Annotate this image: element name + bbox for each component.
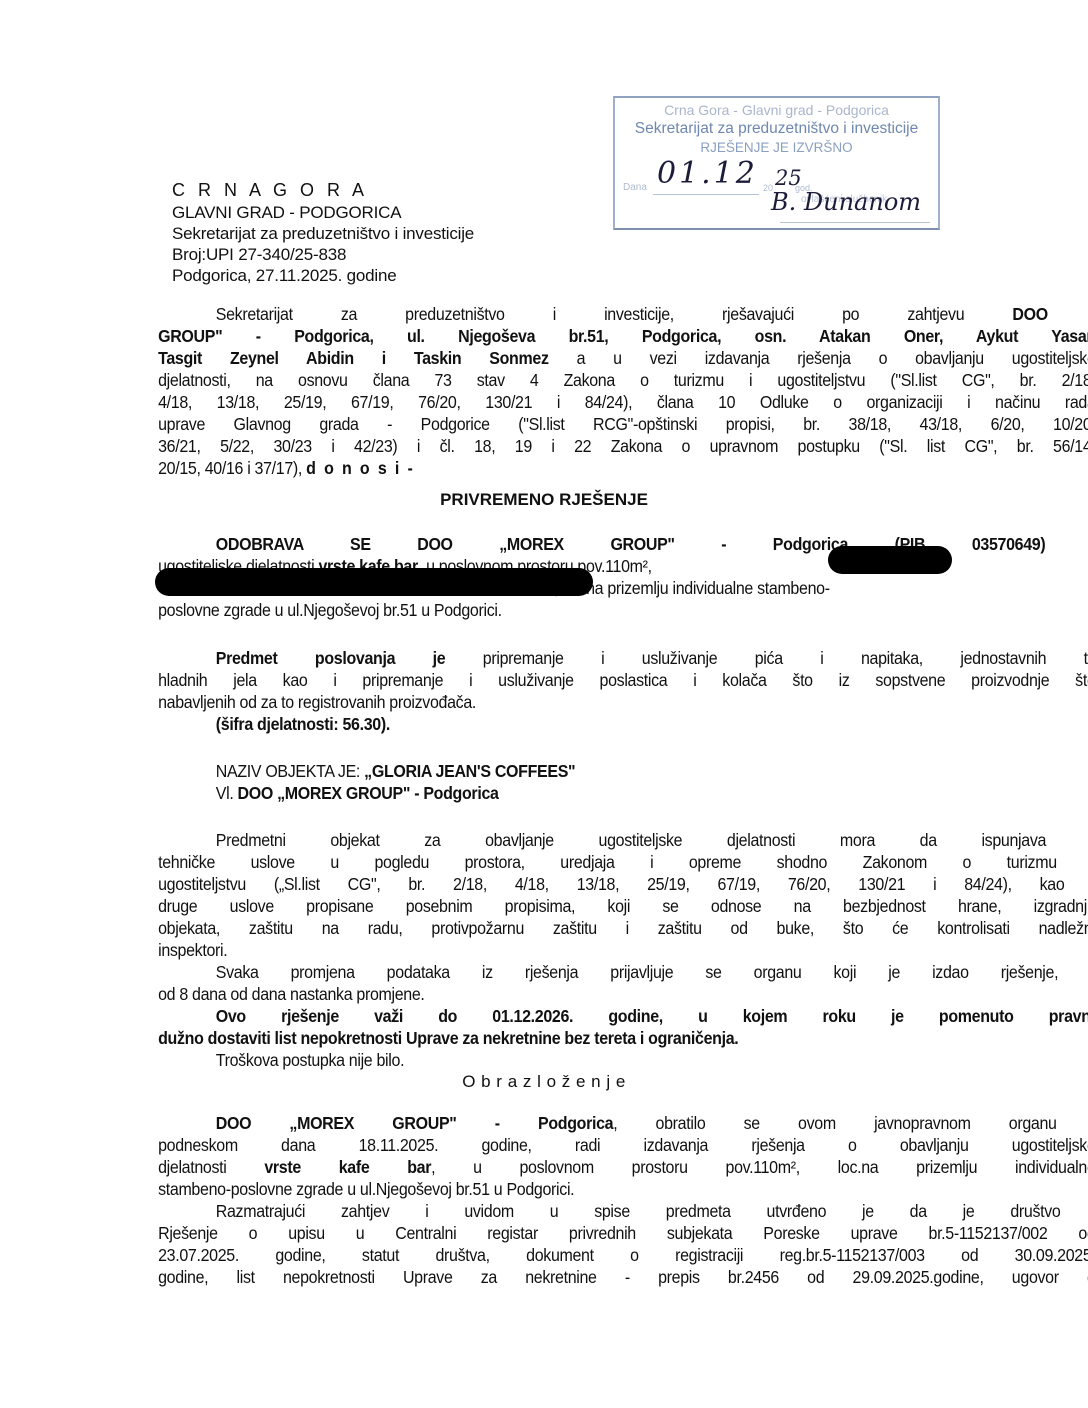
conditions-line: inspektori. <box>158 939 1088 962</box>
intro-line: 4/18, 13/18, 25/19, 67/19, 76/20, 130/21… <box>158 391 1088 414</box>
change-notice-line: Svaka promjena podataka iz rješenja prij… <box>216 961 1088 984</box>
conditions-line: druge uslove propisane posebnim propisim… <box>158 895 1088 918</box>
reasoning-line: DOO „MOREX GROUP" - Podgorica, obratilo … <box>216 1112 1088 1135</box>
activity-code: (šifra djelatnosti: 56.30). <box>216 713 1088 736</box>
conditions-line: Predmetni objekat za obavljanje ugostite… <box>216 829 1088 852</box>
subject-line: Predmet poslovanja je pripremanje i uslu… <box>216 647 1088 670</box>
stamp-date-label: Dana <box>623 182 647 193</box>
reasoning-line: djelatnosti vrste kafe bar, u poslovnom … <box>158 1156 1088 1179</box>
reasoning-line: Razmatrajući zahtjev i uvidom u spise pr… <box>216 1200 1088 1223</box>
intro-line: Sekretarijat za preduzetništvo i investi… <box>216 303 1088 326</box>
object-name: NAZIV OBJEKTA JE: „GLORIA JEAN'S COFFEES… <box>216 760 1088 783</box>
conditions-line: objekata, zaštitu na radu, protivpožarnu… <box>158 917 1088 940</box>
intro-line: uprave Glavnog grada - Podgorice ("Sl.li… <box>158 413 1088 436</box>
subject-line: hladnih jela kao i pripremanje i usluživ… <box>158 669 1088 692</box>
header-place-date: Podgorica, 27.11.2025. godine <box>172 265 397 287</box>
stamp-signature-underline <box>780 222 930 223</box>
reasoning-line: stambeno-poslovne zgrade u ul.Njegoševoj… <box>158 1178 1088 1201</box>
header-city: GLAVNI GRAD - PODGORICA <box>172 202 401 224</box>
stamp-date-underline <box>653 194 759 195</box>
decision-line: poslovne zgrade u ul.Njegoševoj br.51 u … <box>158 599 1088 622</box>
intro-line: djelatnosti, na osnovu člana 73 stav 4 Z… <box>158 369 1088 392</box>
stamp-line-2: Sekretarijat za preduzetništvo i investi… <box>615 120 938 138</box>
decision-line: ODOBRAVA SE DOO „MOREX GROUP" - Podgoric… <box>216 533 1088 556</box>
reasoning-title: O b r a z l o ž e n j e <box>0 1072 1088 1092</box>
intro-line: 20/15, 40/16 i 37/17), d o n o s i - <box>158 457 1088 480</box>
decision-line: , loc.na prizemlju individualne stambeno… <box>554 577 1088 600</box>
conditions-line: tehničke uslove u pogledu prostora, ured… <box>158 851 1088 874</box>
stamp-line-3: RJEŠENJE JE IZVRŠNO <box>615 140 938 155</box>
intro-line: 36/21, 5/22, 30/23 i 42/23) i čl. 18, 19… <box>158 435 1088 458</box>
change-notice-line: od 8 dana od dana nastanka promjene. <box>158 983 1088 1006</box>
reasoning-line: godine, list nepokretnosti Uprave za nek… <box>158 1266 1088 1289</box>
redaction-block <box>828 546 952 574</box>
stamp-date-handwritten: 01.12 <box>657 156 758 191</box>
object-owner: Vl. DOO „MOREX GROUP" - Podgorica <box>216 782 1088 805</box>
header-reference-number: Broj:UPI 27-340/25-838 <box>172 244 346 266</box>
reasoning-line: 23.07.2025. godine, statut društva, doku… <box>158 1244 1088 1267</box>
header-office: Sekretarijat za preduzetništvo i investi… <box>172 223 474 245</box>
validity-line: dužno dostaviti list nepokretnosti Uprav… <box>158 1027 1088 1050</box>
redaction-block <box>155 568 593 596</box>
costs-line: Troškova postupka nije bilo. <box>216 1049 1088 1072</box>
reasoning-line: podneskom dana 18.11.2025. godine, radi … <box>158 1134 1088 1157</box>
stamp-signature: B. Dunanom <box>771 188 921 216</box>
enforceability-stamp: Crna Gora - Glavni grad - Podgorica Sekr… <box>613 96 940 230</box>
reasoning-line: Rješenje o upisu u Centralni registar pr… <box>158 1222 1088 1245</box>
subject-line: nabavljenih od za to registrovanih proiz… <box>158 691 1088 714</box>
intro-line: Tasgit Zeynel Abidin i Taskin Sonmez a u… <box>158 347 1088 370</box>
conditions-line: ugostiteljstvu („Sl.list CG", br. 2/18, … <box>158 873 1088 896</box>
decision-title: PRIVREMENO RJEŠENJE <box>0 490 1088 510</box>
validity-line: Ovo rješenje važi do 01.12.2026. godine,… <box>216 1005 1088 1028</box>
header-country: C R N A G O R A <box>172 180 368 202</box>
intro-line: GROUP" - Podgorica, ul. Njegoševa br.51,… <box>158 325 1088 348</box>
stamp-line-1: Crna Gora - Glavni grad - Podgorica <box>615 102 938 118</box>
